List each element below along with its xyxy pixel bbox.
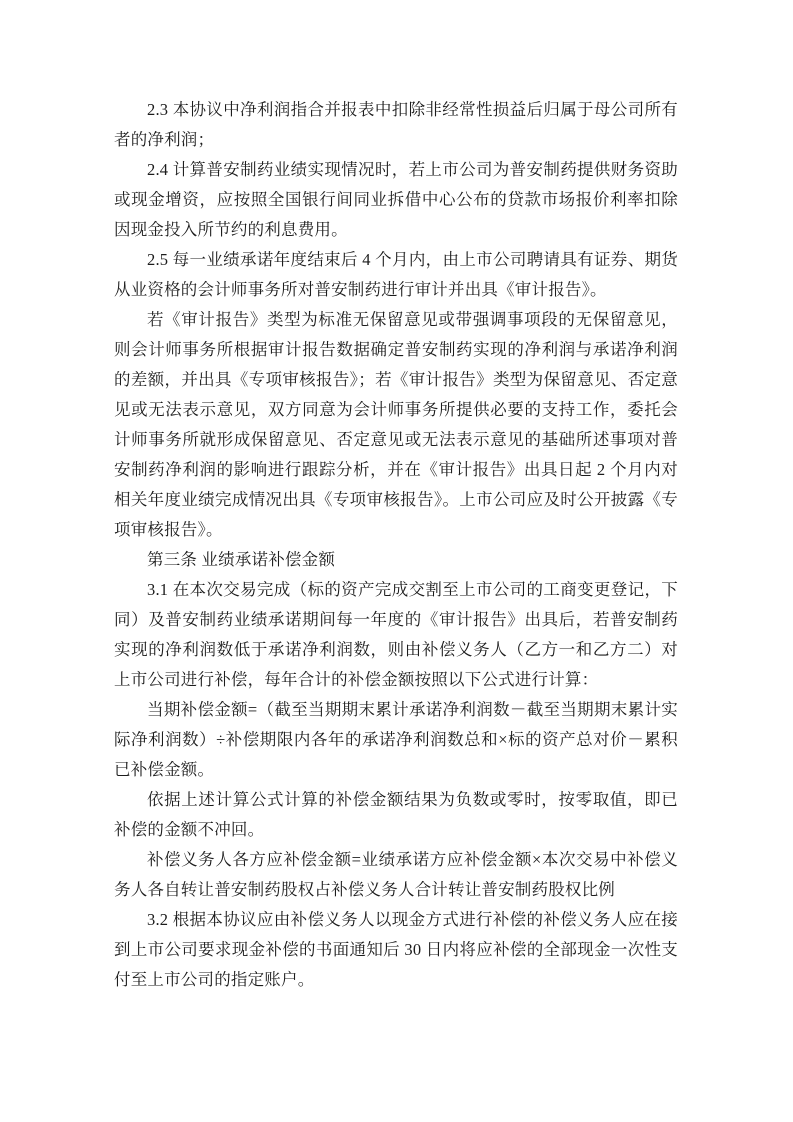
document-text-block: 2.3 本协议中净利润指合并报表中扣除非经常性损益后归属于母公司所有者的净利润；… (114, 95, 678, 995)
paragraph-party-allocation-formula: 补偿义务人各方应补偿金额=业绩承诺方应补偿金额×本次交易中补偿义务人各自转让普安… (114, 845, 678, 905)
paragraph-clause-2-3: 2.3 本协议中净利润指合并报表中扣除非经常性损益后归属于母公司所有者的净利润； (114, 95, 678, 155)
heading-article-3-compensation-amount: 第三条 业绩承诺补偿金额 (114, 545, 678, 575)
document-page: 2.3 本协议中净利润指合并报表中扣除非经常性损益后归属于母公司所有者的净利润；… (0, 0, 793, 1122)
paragraph-zero-floor-rule: 依据上述计算公式计算的补偿金额结果为负数或零时，按零取值，即已补偿的金额不冲回。 (114, 785, 678, 845)
paragraph-audit-report-opinion-types: 若《审计报告》类型为标准无保留意见或带强调事项段的无保留意见，则会计师事务所根据… (114, 305, 678, 545)
paragraph-current-compensation-formula: 当期补偿金额=（截至当期期末累计承诺净利润数－截至当期期末累计实际净利润数）÷补… (114, 695, 678, 785)
paragraph-clause-3-2: 3.2 根据本协议应由补偿义务人以现金方式进行补偿的补偿义务人应在接到上市公司要… (114, 905, 678, 995)
paragraph-clause-2-5: 2.5 每一业绩承诺年度结束后 4 个月内，由上市公司聘请具有证券、期货从业资格… (114, 245, 678, 305)
paragraph-clause-2-4: 2.4 计算普安制药业绩实现情况时，若上市公司为普安制药提供财务资助或现金增资，… (114, 155, 678, 245)
paragraph-clause-3-1: 3.1 在本次交易完成（标的资产完成交割至上市公司的工商变更登记，下同）及普安制… (114, 575, 678, 695)
